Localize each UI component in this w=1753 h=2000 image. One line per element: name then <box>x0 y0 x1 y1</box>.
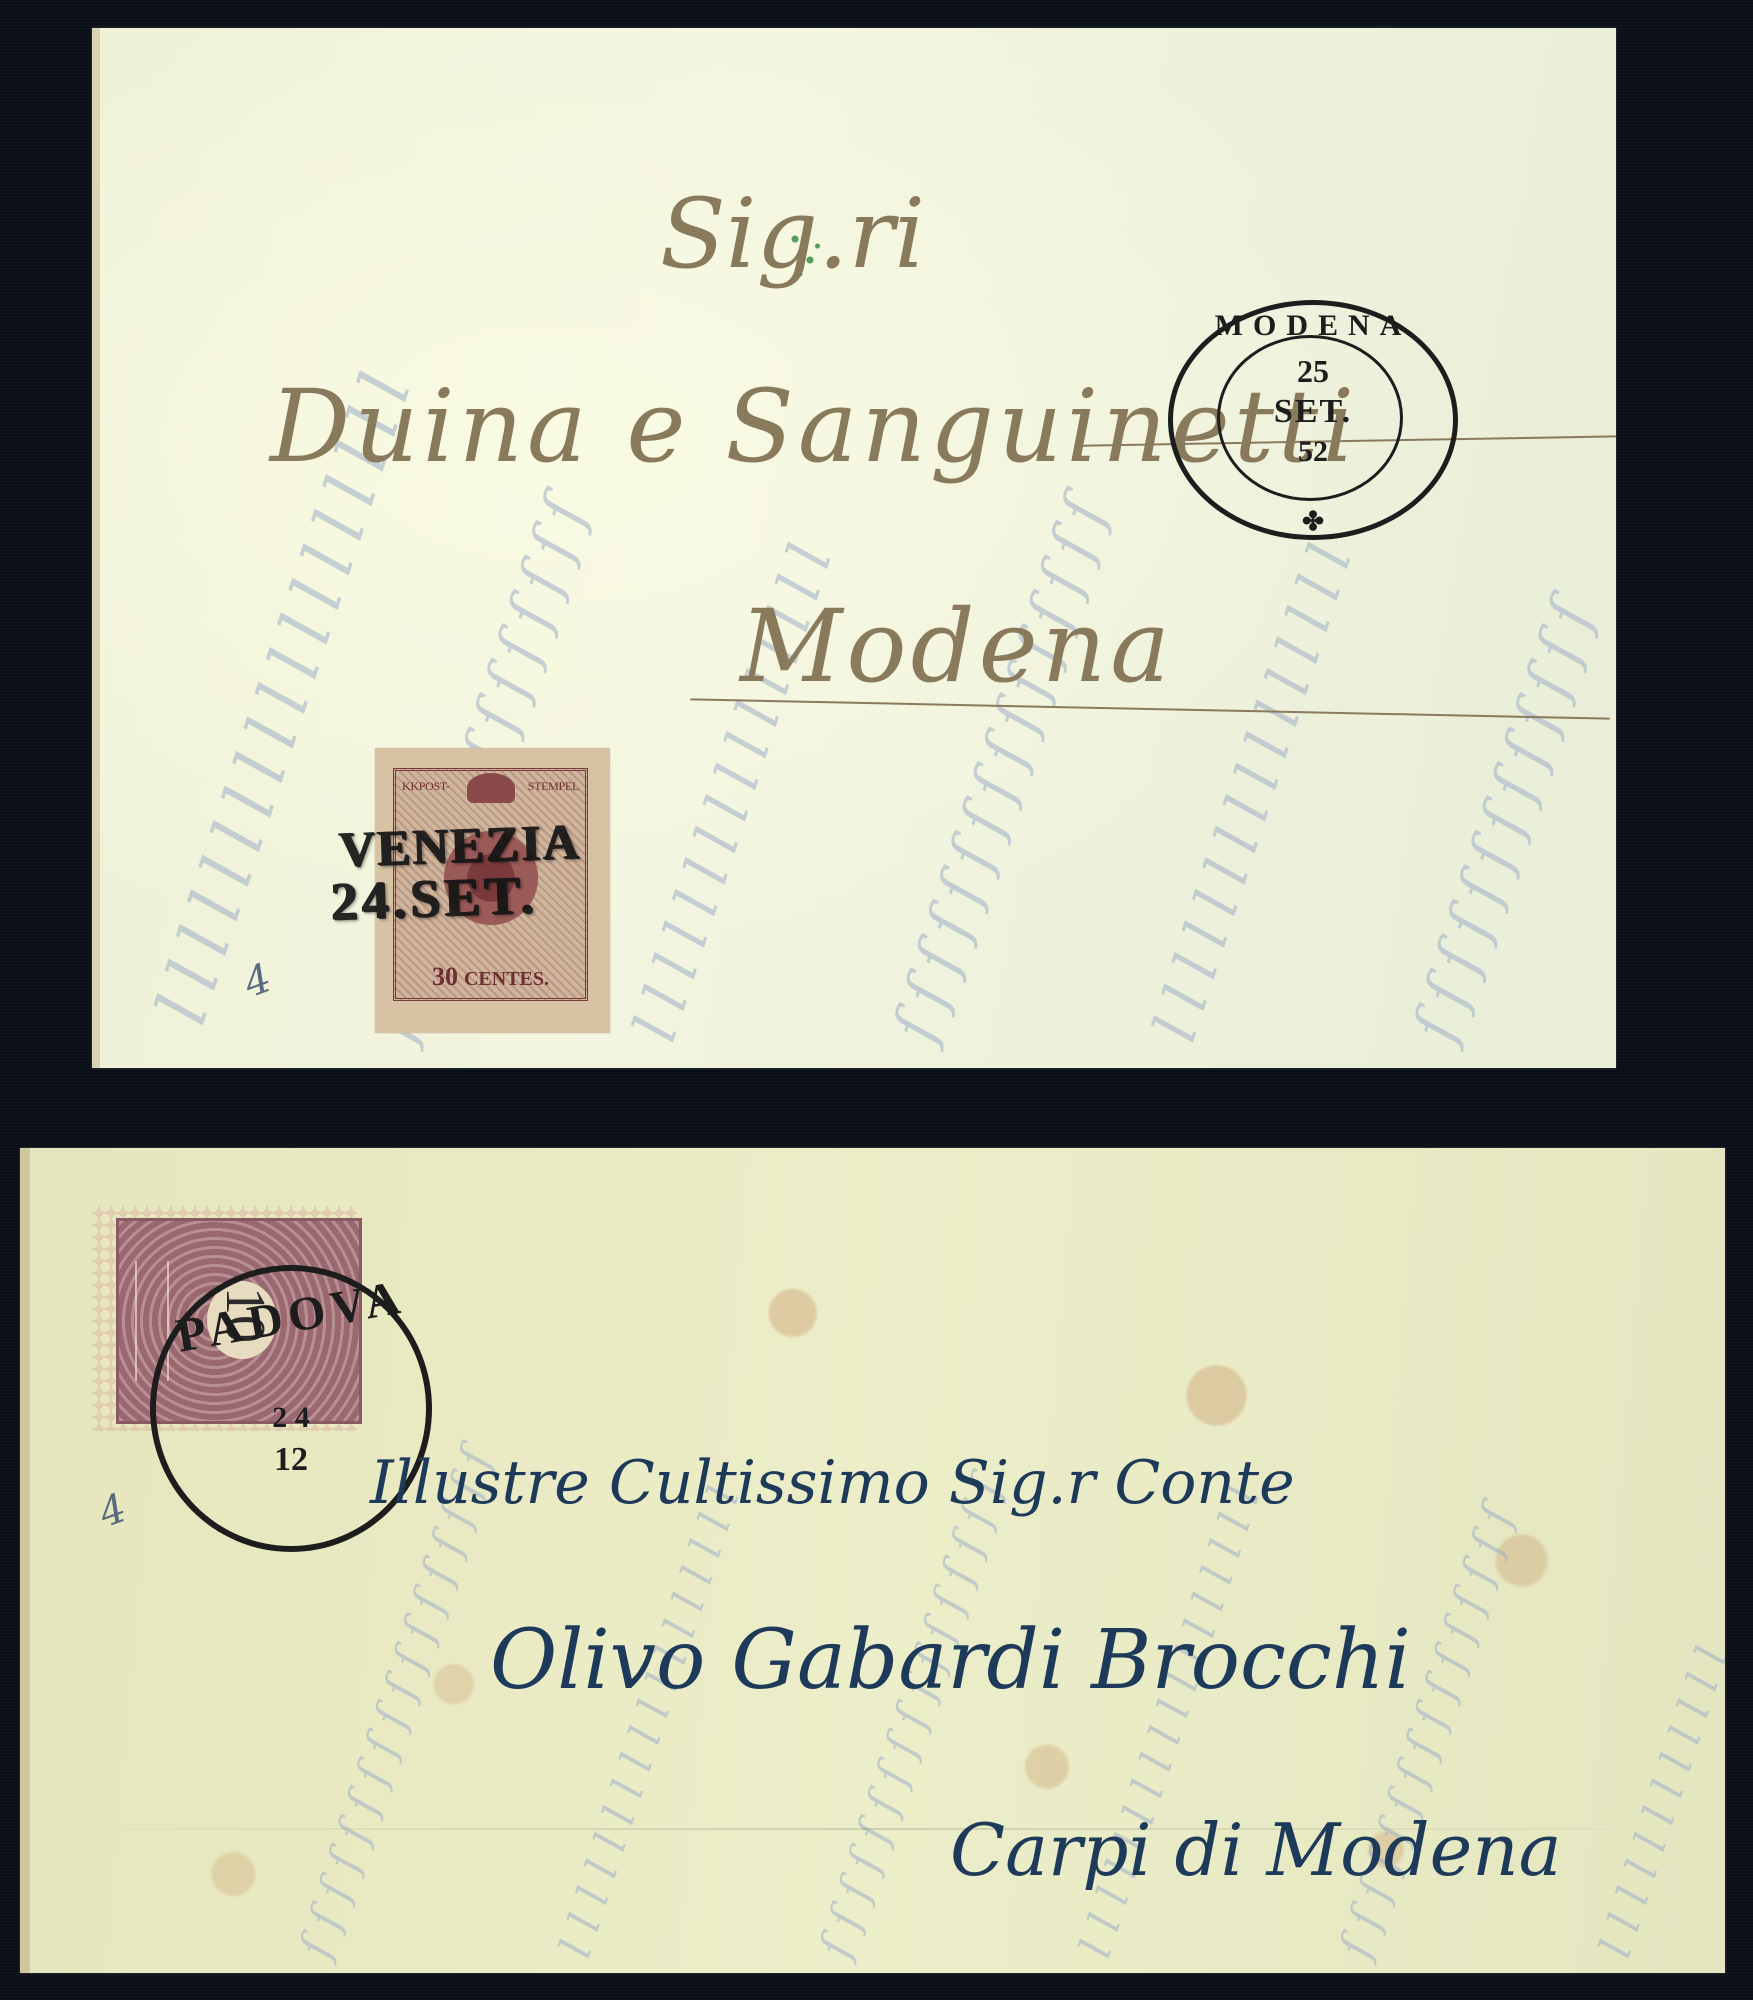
postmark-modena: MODENA 25 SET. 52 ✤ <box>1168 300 1458 540</box>
cancel-town: VENEZIA <box>338 816 581 874</box>
stamp-value-number: 30 <box>432 962 458 991</box>
address-line-3: Carpi di Modena <box>950 1808 1562 1892</box>
postmark-month: SET. <box>1173 393 1453 431</box>
crown-icon <box>467 773 515 803</box>
pencil-note: 4 <box>238 955 278 1007</box>
address-line-2: Olivo Gabardi Brocchi <box>490 1613 1411 1708</box>
postmark-day: 2 4 <box>156 1401 426 1435</box>
stamp-inscription-right: STEMPEL <box>528 779 579 794</box>
cancel-date: 24.SET. <box>330 866 584 929</box>
letter-cover-top: lllllllllllllllllll ſſſſſſſſſſſſſſſſ lll… <box>92 28 1616 1068</box>
address-salutation: Sig.ri <box>660 178 925 290</box>
letter-cover-bottom: ſſſſſſſſſſſſſſſſſſ llllllllllllllllll ſſ… <box>20 1148 1725 1973</box>
address-city: Modena <box>740 588 1174 705</box>
stamp-inscription-left: KKPOST- <box>402 779 449 794</box>
stamp-value-unit: CENTES. <box>464 968 549 990</box>
postmark-year: 52 <box>1173 435 1453 469</box>
postmark-ornament-icon: ✤ <box>1173 507 1453 537</box>
pencil-note: 4 <box>93 1485 133 1537</box>
address-line-1: Illustre Cultissimo Sig.r Conte <box>370 1448 1295 1518</box>
stamp-value: 30CENTES. <box>396 962 585 992</box>
postmark-day: 25 <box>1173 353 1453 390</box>
cancel-venezia: VENEZIA 24.SET. <box>338 816 583 928</box>
